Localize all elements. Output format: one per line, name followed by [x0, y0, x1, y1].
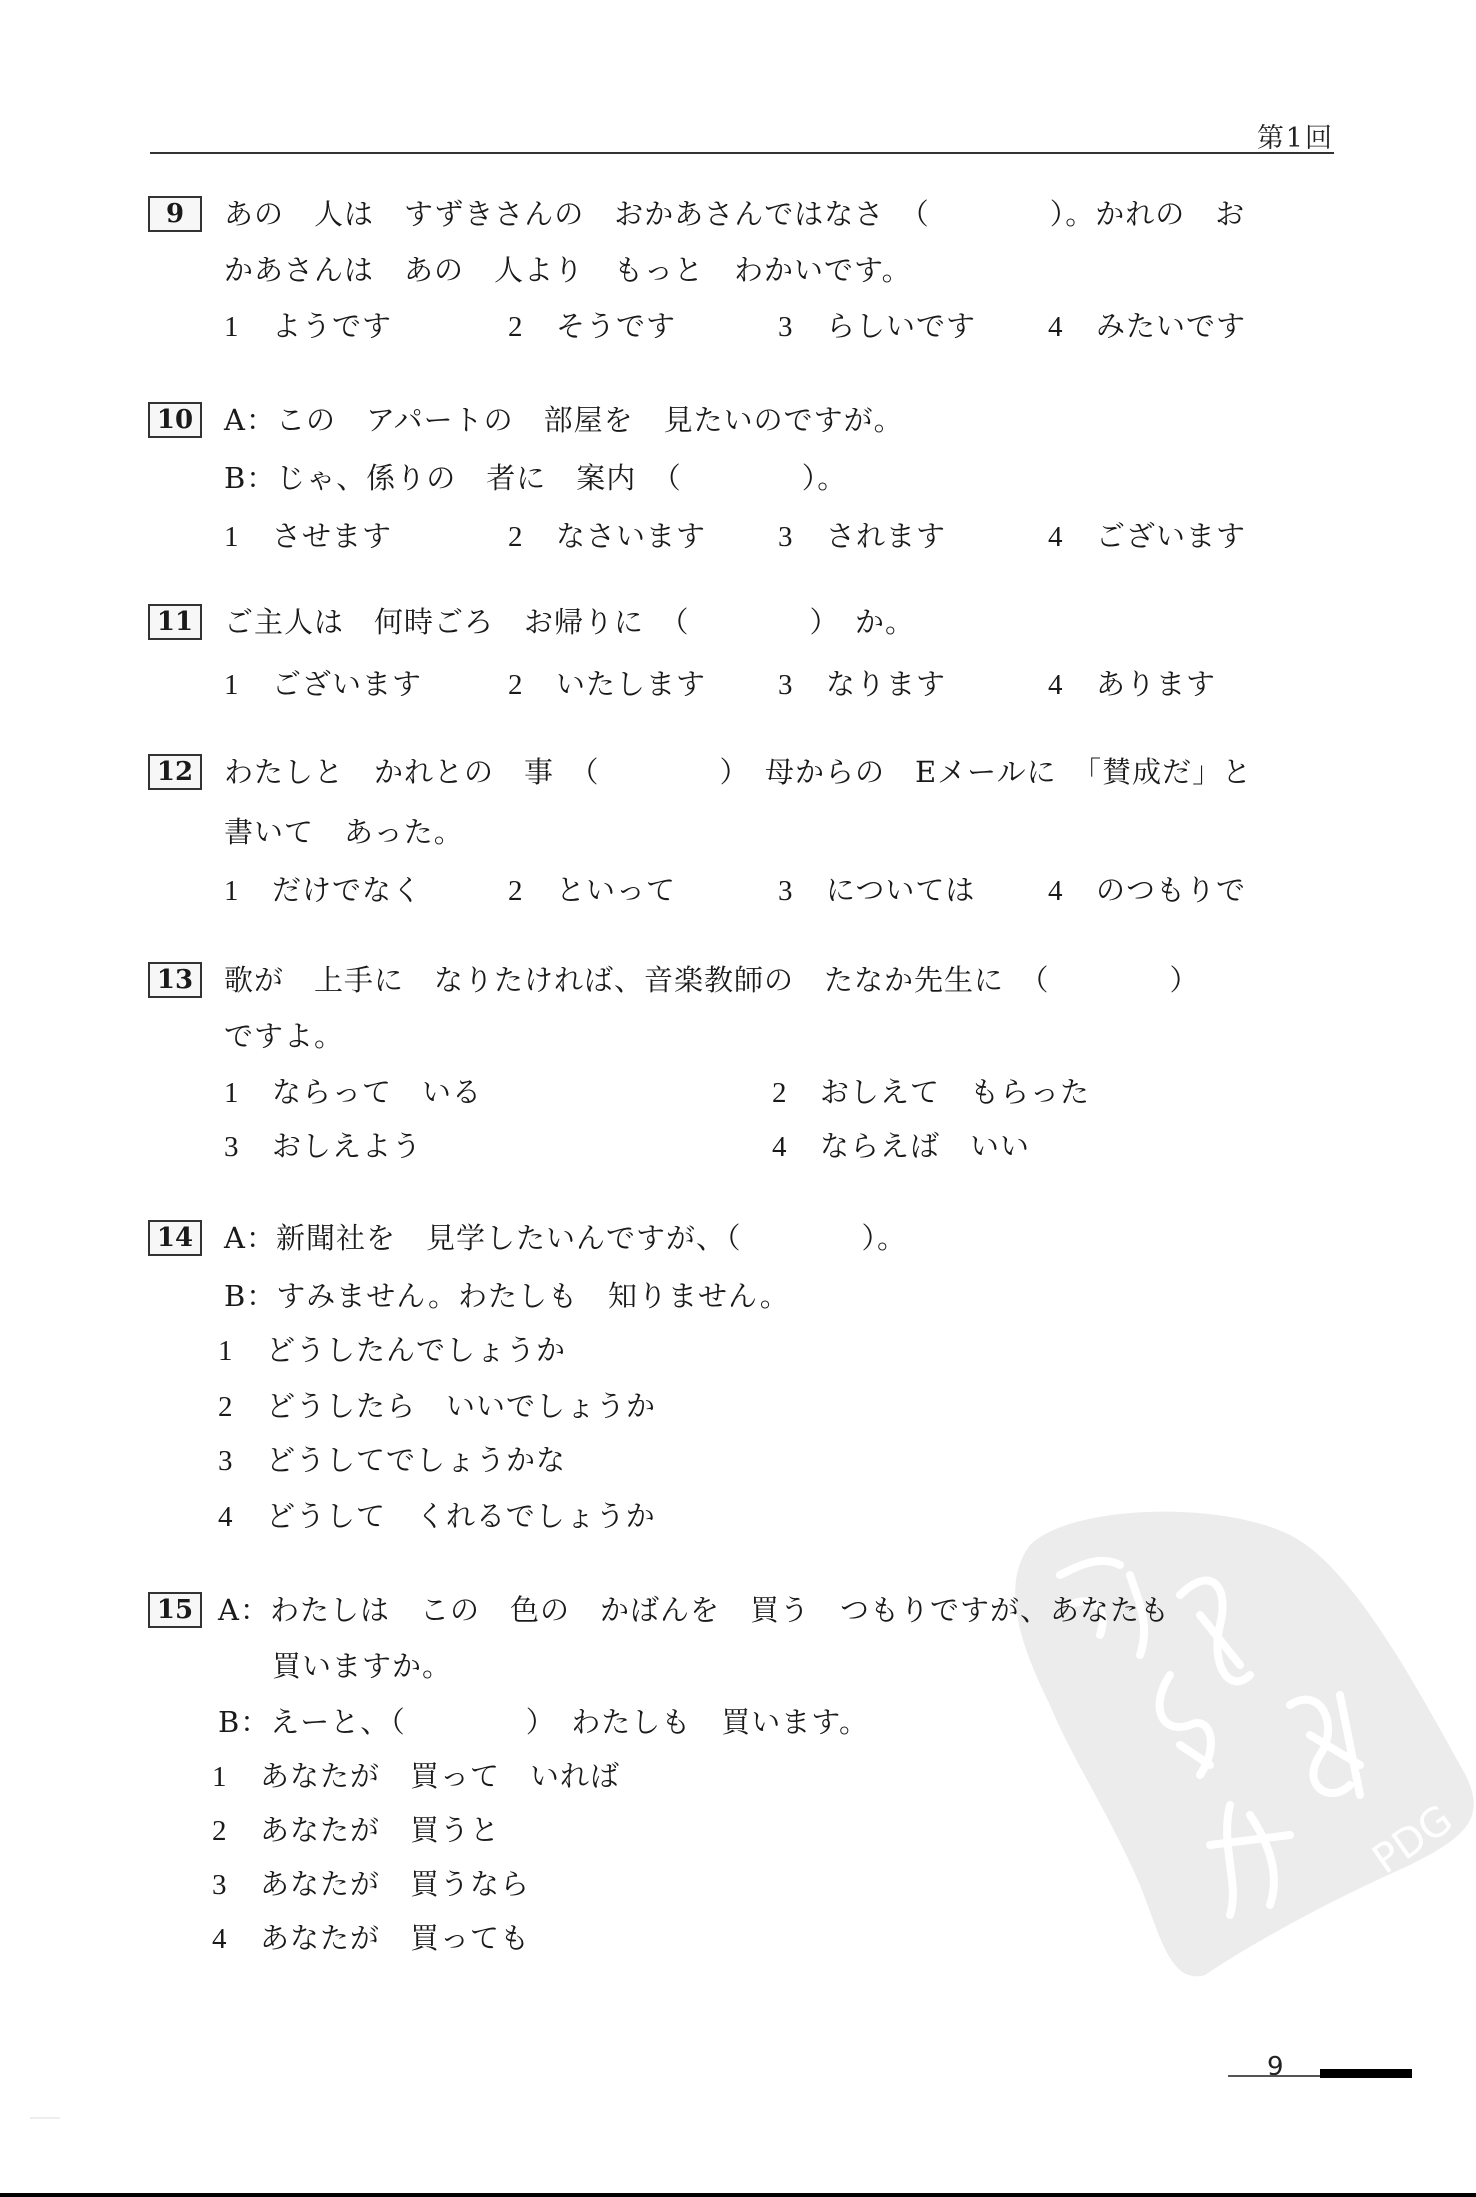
answer-option-2[interactable]: 2といって — [508, 872, 676, 909]
answer-option-1[interactable]: 1あなたが 買って いれば — [212, 1758, 620, 1795]
question-number: 10 — [148, 402, 202, 438]
answer-option-2[interactable]: 2あなたが 買うと — [212, 1812, 500, 1849]
footer-rule-thick — [1320, 2069, 1412, 2078]
header-rule — [150, 152, 1334, 154]
answer-option-2[interactable]: 2どうしたら いいでしょうか — [218, 1388, 656, 1425]
question-text-line: わたしと かれとの 事 （ ） 母からの Eメールに 「賛成だ」と — [224, 754, 1252, 790]
page-header-label: 第1回 — [1257, 116, 1334, 155]
question-text-line: ですよ。 — [224, 1018, 344, 1054]
answer-option-3[interactable]: 3らしいです — [778, 308, 976, 345]
answer-option-1[interactable]: 1ならって いる — [224, 1074, 482, 1111]
question-text-line: かあさんは あの 人より もっと わかいです。 — [224, 252, 912, 288]
question-number: 13 — [148, 962, 202, 998]
answer-option-4[interactable]: 4どうして くれるでしょうか — [218, 1498, 656, 1535]
answer-option-4[interactable]: 4ございます — [1048, 518, 1246, 555]
question-number: 9 — [148, 196, 202, 232]
answer-option-1[interactable]: 1だけでなく — [224, 872, 422, 909]
question-text-line: 歌が 上手に なりたければ、音楽教師の たなか先生に （ ） — [224, 962, 1200, 998]
answer-option-1[interactable]: 1ようです — [224, 308, 392, 345]
answer-option-4[interactable]: 4あなたが 買っても — [212, 1920, 530, 1957]
answer-option-3[interactable]: 3おしえよう — [224, 1128, 422, 1165]
question-text-line: 買いますか。 — [272, 1648, 452, 1684]
question-number: 12 — [148, 754, 202, 790]
answer-option-1[interactable]: 1させます — [224, 518, 392, 555]
page-bottom-border — [0, 2193, 1476, 2197]
answer-option-3[interactable]: 3どうしてでしょうかな — [218, 1442, 566, 1479]
answer-option-2[interactable]: 2なさいます — [508, 518, 706, 555]
question-number: 14 — [148, 1220, 202, 1256]
answer-option-2[interactable]: 2そうです — [508, 308, 676, 345]
question-number: 15 — [148, 1592, 202, 1628]
answer-option-2[interactable]: 2いたします — [508, 666, 706, 703]
question-text-line: A：わたしは この 色の かばんを 買う つもりですが、あなたも — [218, 1592, 1170, 1628]
answer-option-4[interactable]: 4のつもりで — [1048, 872, 1246, 909]
question-text-line: 書いて あった。 — [224, 814, 464, 850]
question-text-line: B：えーと、（ ） わたしも 買います。 — [218, 1704, 869, 1740]
page-number: 9 — [1267, 2052, 1284, 2082]
question-number: 11 — [148, 604, 202, 640]
answer-option-4[interactable]: 4ならえば いい — [772, 1128, 1030, 1165]
answer-option-3[interactable]: 3あなたが 買うなら — [212, 1866, 530, 1903]
answer-option-3[interactable]: 3なります — [778, 666, 946, 703]
footer-rule-thin — [1228, 2075, 1320, 2077]
question-text-line: B：すみません。わたしも 知りません。 — [224, 1278, 790, 1314]
question-text-line: A：この アパートの 部屋を 見たいのですが。 — [224, 402, 904, 438]
answer-option-1[interactable]: 1ございます — [224, 666, 422, 703]
answer-option-4[interactable]: 4みたいです — [1048, 308, 1246, 345]
watermark-stamp-icon: PDG — [990, 1505, 1476, 1985]
answer-option-4[interactable]: 4あります — [1048, 666, 1216, 703]
question-text-line: A：新聞社を 見学したいんですが、（ ）。 — [224, 1220, 907, 1256]
answer-option-3[interactable]: 3されます — [778, 518, 946, 555]
question-text-line: B：じゃ、係りの 者に 案内 （ ）。 — [224, 460, 847, 496]
answer-option-3[interactable]: 3については — [778, 872, 975, 909]
question-text-line: ご主人は 何時ごろ お帰りに （ ） か。 — [224, 604, 915, 640]
answer-option-2[interactable]: 2おしえて もらった — [772, 1074, 1090, 1111]
answer-option-1[interactable]: 1どうしたんでしょうか — [218, 1332, 566, 1369]
question-text-line: あの 人は すずきさんの おかあさんではなさ （ ）。かれの お — [224, 196, 1245, 232]
scan-artifact — [30, 2117, 60, 2119]
